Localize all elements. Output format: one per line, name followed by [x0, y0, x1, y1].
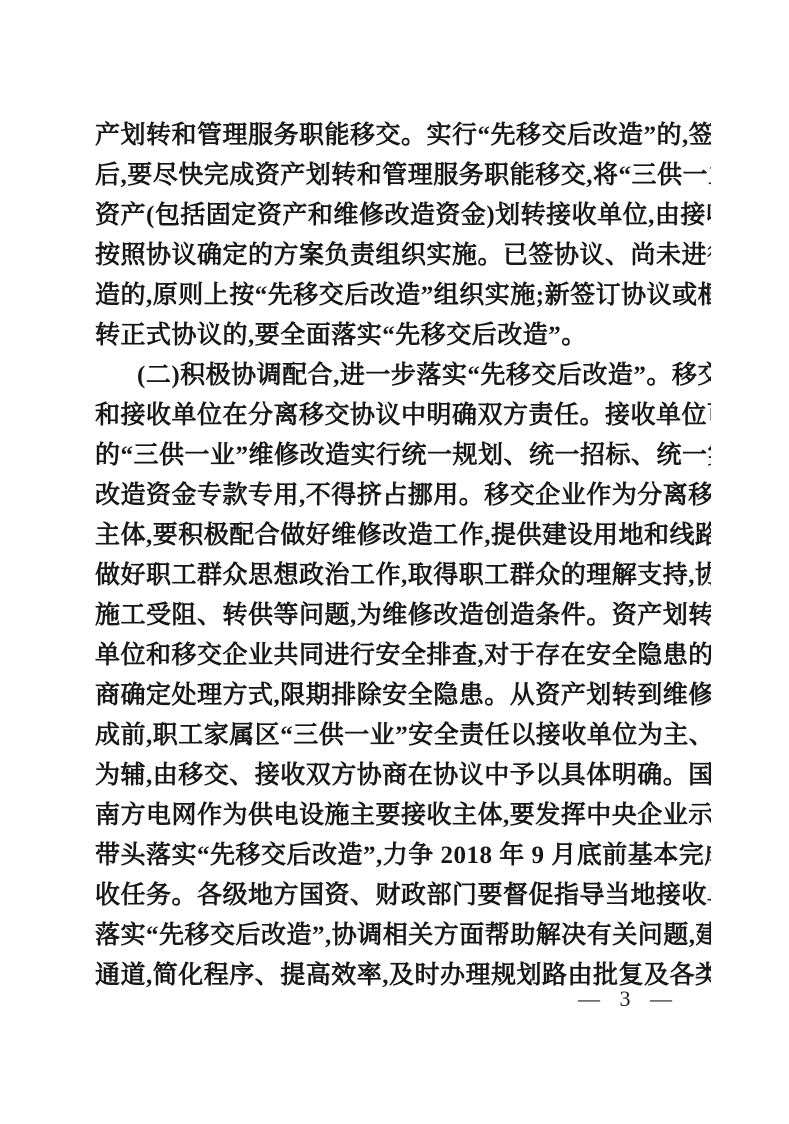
- text-line: 和接收单位在分离移交协议中明确双方责任。接收单位可对接收: [95, 396, 711, 436]
- text-line: 后,要尽快完成资产划转和管理服务职能移交,将“三供一业”相关: [95, 156, 711, 196]
- text-line: 落实“先移交后改造”,协调相关方面帮助解决有关问题,建立绿色: [95, 916, 711, 956]
- text-block: 产划转和管理服务职能移交。实行“先移交后改造”的,签订协议后,要尽快完成资产划转…: [95, 116, 711, 996]
- text-line: 资产(包括固定资产和维修改造资金)划转接收单位,由接收单位: [95, 196, 711, 236]
- text-line: 做好职工群众思想政治工作,取得职工群众的理解支持,协调解决: [95, 556, 711, 596]
- text-line: 南方电网作为供电设施主要接收主体,要发挥中央企业示范作用,: [95, 796, 711, 836]
- text-line: 单位和移交企业共同进行安全排查,对于存在安全隐患的,双方协: [95, 636, 711, 676]
- text-line: (二)积极协调配合,进一步落实“先移交后改造”。移交企业: [95, 356, 711, 396]
- text-line: 的“三供一业”维修改造实行统一规划、统一招标、统一实施,维修: [95, 436, 711, 476]
- text-line: 主体,要积极配合做好维修改造工作,提供建设用地和线路通道,: [95, 516, 711, 556]
- text-line: 收任务。各级地方国资、财政部门要督促指导当地接收单位认真: [95, 876, 711, 916]
- text-line: 转正式协议的,要全面落实“先移交后改造”。: [95, 316, 711, 356]
- text-line: 改造资金专款专用,不得挤占挪用。移交企业作为分离移交责任: [95, 476, 711, 516]
- text-line: 施工受阻、转供等问题,为维修改造创造条件。资产划转前,接收: [95, 596, 711, 636]
- text-line: 为辅,由移交、接收双方协商在协议中予以具体明确。国家电网、: [95, 756, 711, 796]
- text-line: 商确定处理方式,限期排除安全隐患。从资产划转到维修改造完: [95, 676, 711, 716]
- text-line: 产划转和管理服务职能移交。实行“先移交后改造”的,签订协议: [95, 116, 711, 156]
- document-page: 产划转和管理服务职能移交。实行“先移交后改造”的,签订协议后,要尽快完成资产划转…: [0, 0, 789, 1124]
- text-line: 带头落实“先移交后改造”,力争 2018 年 9 月底前基本完成供电接: [95, 836, 711, 876]
- page-number: — 3 —: [578, 986, 679, 1012]
- text-line: 按照协议确定的方案负责组织实施。已签协议、尚未进行维修改: [95, 236, 711, 276]
- text-line: 成前,职工家属区“三供一业”安全责任以接收单位为主、移交企业: [95, 716, 711, 756]
- text-line: 造的,原则上按“先移交后改造”组织实施;新签订协议或框架协议: [95, 276, 711, 316]
